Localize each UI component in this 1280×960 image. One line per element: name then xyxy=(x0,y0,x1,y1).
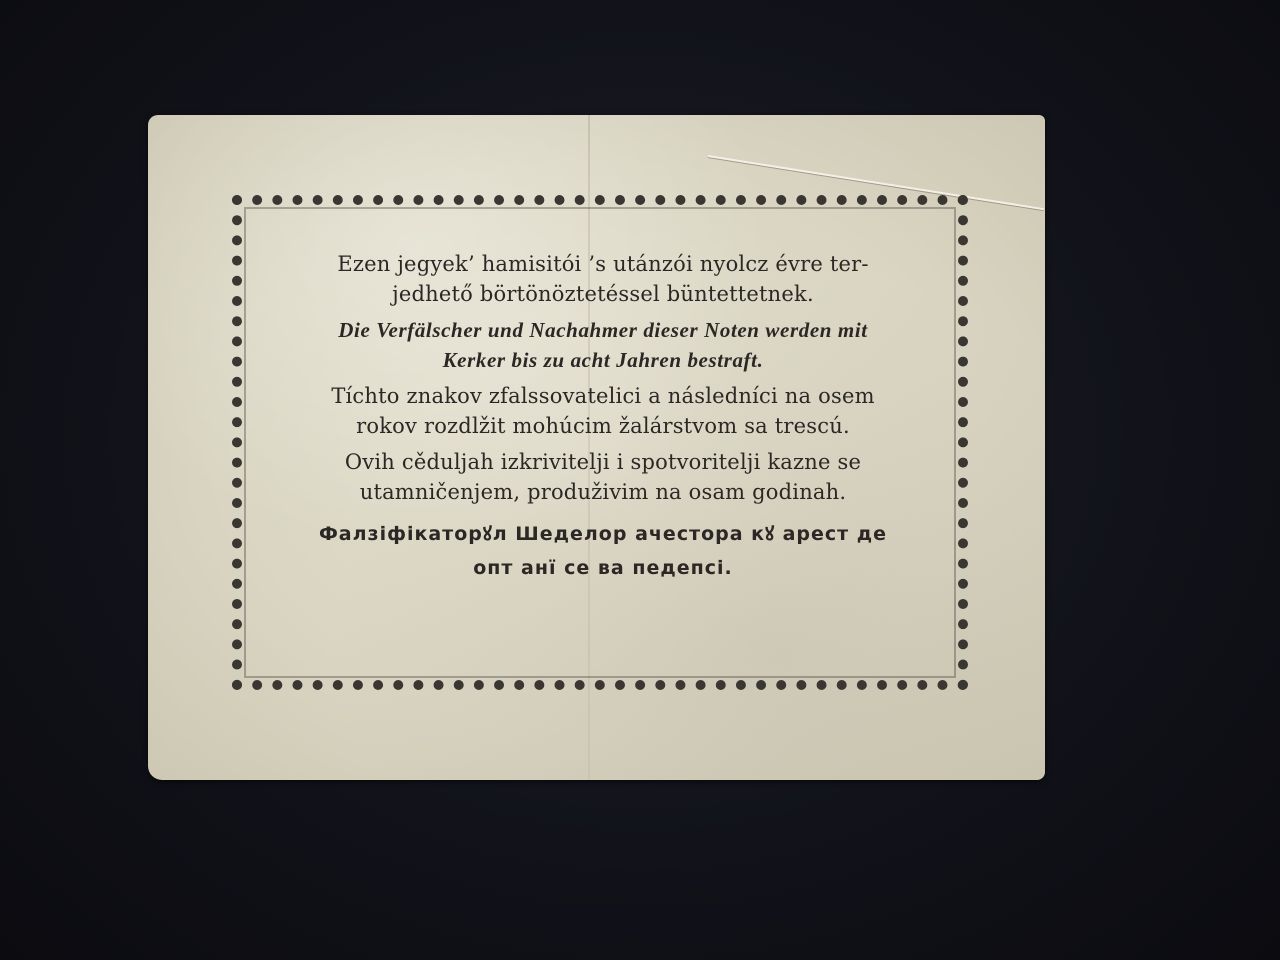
text-line: Ezen jegyek’ hamisitói ’s utánzói nyolcz… xyxy=(258,249,948,279)
text-line: Фалзіфікаторꙋл Шеделор ачестора кꙋ арест… xyxy=(258,517,948,551)
text-line: rokov rozdlžit mohúcim žalárstvom sa tre… xyxy=(258,411,948,441)
text-line: Kerker bis zu acht Jahren bestraft. xyxy=(258,345,948,375)
text-line: опт анї се ва педепсі. xyxy=(258,551,948,585)
text-line: Die Verfälscher und Nachahmer dieser Not… xyxy=(258,315,948,345)
text-line: Ovih cěduljah izkrivitelji i spotvoritel… xyxy=(258,447,948,477)
paragraph-croatian: Ovih cěduljah izkrivitelji i spotvoritel… xyxy=(258,447,948,507)
banknote: Ezen jegyek’ hamisitói ’s utánzói nyolcz… xyxy=(148,115,1045,780)
paragraph-german: Die Verfälscher und Nachahmer dieser Not… xyxy=(258,315,948,375)
paragraph-slovak: Tíchto znakov zfalssovatelici a následní… xyxy=(258,381,948,441)
text-line: jedhető börtönöztetéssel büntettetnek. xyxy=(258,279,948,309)
paragraph-hungarian: Ezen jegyek’ hamisitói ’s utánzói nyolcz… xyxy=(258,249,948,309)
text-line: utamničenjem, produživim na osam godinah… xyxy=(258,477,948,507)
paragraph-romanian-cyrillic: Фалзіфікаторꙋл Шеделор ачестора кꙋ арест… xyxy=(258,517,948,585)
warning-text: Ezen jegyek’ hamisitói ’s utánzói nyolcz… xyxy=(258,249,948,591)
text-line: Tíchto znakov zfalssovatelici a následní… xyxy=(258,381,948,411)
